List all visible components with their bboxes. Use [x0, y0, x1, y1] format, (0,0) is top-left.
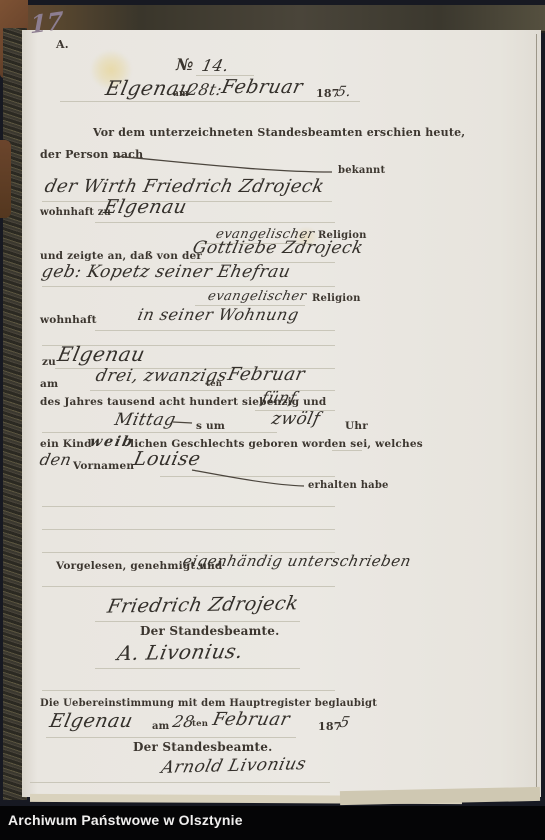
scanned-register-photo: 17 A. № 14. Elgenau am 28t: Februar 187 … [0, 0, 545, 840]
am-label: am [40, 378, 58, 390]
section-letter: A. [56, 38, 69, 51]
wohnhaft-zu-label: wohnhaft zu [40, 207, 111, 218]
geschlecht-value: weib [88, 434, 135, 450]
den-value: den [38, 450, 74, 469]
header-month: Februar [220, 76, 305, 98]
religion2-value: evangelischer [206, 289, 307, 304]
certification-place: Elgenau [48, 710, 135, 732]
ruled-line [42, 529, 335, 530]
ruled-line [46, 737, 296, 738]
certification-month: Februar [211, 709, 292, 730]
kind-pre-label: ein Kind [40, 438, 92, 450]
ruled-line [95, 330, 335, 331]
signature-declarant: Friedrich Zdrojeck [106, 592, 301, 617]
certification-ten-label: ten [192, 719, 208, 729]
certification-statement: Die Uebereinstimmung mit dem Hauptregist… [40, 698, 377, 709]
declarant-name: der Wirth Friedrich Zdrojeck [43, 176, 327, 197]
pen-dash [172, 418, 194, 426]
wohnung-value: in seiner Wohnung [136, 305, 301, 324]
record-number-value: 14. [200, 56, 231, 75]
hour-value: zwölf [270, 409, 322, 429]
ruled-line [332, 450, 362, 451]
pencil-folio-number: 17 [30, 6, 63, 40]
zu-label: zu [42, 356, 56, 368]
erhalten-habe-label: erhalten habe [308, 480, 389, 491]
ruled-line [95, 222, 335, 223]
jahr-value: fünf [260, 388, 298, 407]
ruled-line [42, 506, 335, 507]
signature-registrar: A. Livonius. [115, 639, 245, 665]
ruled-line [42, 586, 335, 587]
mother-name: Gottliebe Zdrojeck [191, 238, 365, 258]
mother-geb-line: geb: Kopetz seiner Ehefrau [40, 262, 293, 282]
ruled-line [95, 668, 300, 669]
header-day: 28t: [186, 80, 224, 99]
certification-am-label: am [152, 721, 169, 732]
pen-stroke-blank [112, 152, 336, 178]
ruled-line [42, 432, 277, 433]
ruled-line [30, 782, 330, 783]
declarant-residence: Elgenau [102, 196, 189, 218]
signature-certifying-registrar: Arnold Livonius [159, 754, 308, 778]
registrar-label-1: Der Standesbeamte. [140, 624, 280, 638]
religion2-label: Religion [312, 293, 361, 304]
underlying-page-corner [340, 787, 540, 805]
record-number-printed: № [176, 55, 194, 74]
ruled-line [42, 286, 335, 287]
birth-month: Februar [226, 364, 307, 385]
bekannt-label: bekannt [338, 165, 385, 176]
ruled-line [60, 101, 360, 102]
ruled-line [90, 390, 335, 391]
ten-label: ten [206, 379, 222, 389]
page-edge [536, 34, 537, 792]
birth-place: Elgenau [55, 342, 147, 366]
registrar-label-2: Der Standesbeamte. [133, 740, 273, 754]
leather-binding-fragment [0, 140, 11, 218]
archive-name-label: Archiwum Państwowe w Olsztynie [8, 812, 243, 828]
wohnhaft-label: wohnhaft [40, 314, 97, 326]
child-name: Louise [132, 448, 203, 470]
eigenhaendig-value: eigenhändig unterschrieben [181, 552, 413, 570]
zeigte-an-label: und zeigte an, daß von der [40, 250, 202, 262]
pen-stroke-blank [190, 468, 308, 490]
intro-line: Vor dem unterzeichneten Standesbeamten e… [93, 126, 465, 139]
book-top-edge [0, 5, 545, 33]
uhr-label: Uhr [345, 420, 368, 432]
ruled-line [95, 621, 300, 622]
s-um-label: s um [196, 420, 225, 432]
ruled-line [42, 690, 335, 691]
time-value: Mittag [113, 410, 178, 430]
vornamen-label: Vornamen [73, 460, 134, 472]
